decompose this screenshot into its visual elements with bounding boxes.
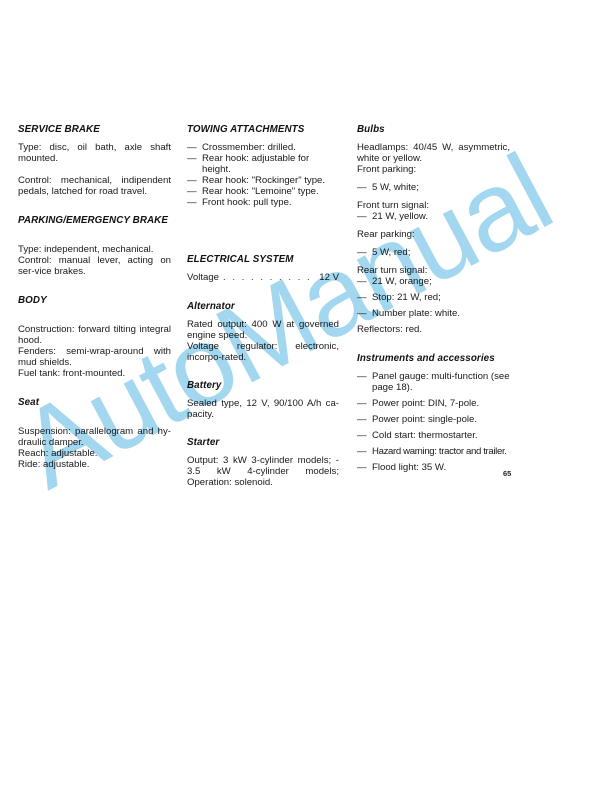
section-bulbs: Bulbs Headlamps: 40/45 W, asymmetric, wh… — [357, 124, 510, 335]
body-construction: Construction: forward tilting integral h… — [18, 324, 171, 346]
section-electrical: ELECTRICAL SYSTEM Voltage . . . . . . . … — [187, 254, 339, 283]
service-brake-type: Type: disc, oil bath, axle shaft mounted… — [18, 142, 171, 164]
voltage-value: 12 V — [319, 272, 339, 283]
column-left: SERVICE BRAKE Type: disc, oil bath, axle… — [18, 124, 171, 470]
rear-turn-label: Rear turn signal: — [357, 265, 510, 276]
section-title: Seat — [18, 397, 171, 408]
body-fenders: Fenders: semi-wrap-around with mud shiel… — [18, 346, 171, 368]
section-service-brake: SERVICE BRAKE Type: disc, oil bath, axle… — [18, 124, 171, 197]
section-title: Alternator — [187, 301, 339, 312]
towing-list: Crossmember: drilled. Rear hook: adjusta… — [187, 142, 339, 208]
alternator-regulator: Voltage regulator: electronic, incorpo-r… — [187, 341, 339, 363]
list-item: Panel gauge: multi-function (see page 18… — [357, 371, 510, 393]
front-turn-list: 21 W, yellow. — [357, 211, 510, 222]
front-turn-label: Front turn signal: — [357, 200, 510, 211]
rear-parking-list: 5 W, red; — [357, 247, 510, 258]
list-item: Power point: single-pole. — [357, 414, 510, 425]
page-number: 65 — [503, 469, 511, 478]
rear-turn-list: 21 W, orange; Stop: 21 W, red; Number pl… — [357, 276, 510, 319]
section-alternator: Alternator Rated output: 400 W at govern… — [187, 301, 339, 363]
section-title: Bulbs — [357, 124, 510, 135]
bulbs-headlamps: Headlamps: 40/45 W, asymmetric, white or… — [357, 142, 510, 164]
starter-text: Output: 3 kW 3-cylinder models; - 3.5 kW… — [187, 455, 339, 488]
list-item: 5 W, white; — [357, 182, 510, 193]
leader-dots: . . . . . . . . . . . . . . . . . . . . … — [223, 272, 315, 283]
list-item: Power point: DIN, 7-pole. — [357, 398, 510, 409]
list-item: Cold start: thermostarter. — [357, 430, 510, 441]
seat-suspension: Suspension: parallelogram and hy-draulic… — [18, 426, 171, 448]
section-title: ELECTRICAL SYSTEM — [187, 254, 339, 265]
list-item: 21 W, yellow. — [357, 211, 510, 222]
section-title: Battery — [187, 380, 339, 391]
list-item: Rear hook: "Rockinger" type. — [187, 175, 339, 186]
section-title: SERVICE BRAKE — [18, 124, 171, 135]
alternator-rated-output: Rated output: 400 W at governed engine s… — [187, 319, 339, 341]
front-parking-label: Front parking: — [357, 164, 510, 175]
section-title: Instruments and accessories — [357, 353, 510, 364]
reflectors: Reflectors: red. — [357, 324, 510, 335]
seat-reach: Reach: adjustable. — [18, 448, 171, 459]
section-instruments: Instruments and accessories Panel gauge:… — [357, 353, 510, 473]
section-seat: Seat Suspension: parallelogram and hy-dr… — [18, 397, 171, 470]
list-item: Rear hook: "Lemoine" type. — [187, 186, 339, 197]
list-item: Crossmember: drilled. — [187, 142, 339, 153]
section-towing: TOWING ATTACHMENTS Crossmember: drilled.… — [187, 124, 339, 208]
instruments-list: Panel gauge: multi-function (see page 18… — [357, 371, 510, 473]
list-item: Rear hook: adjustable for height. — [187, 153, 339, 175]
seat-ride: Ride: adjustable. — [18, 459, 171, 470]
section-battery: Battery Sealed type, 12 V, 90/100 A/h ca… — [187, 380, 339, 420]
rear-parking-label: Rear parking: — [357, 229, 510, 240]
battery-text: Sealed type, 12 V, 90/100 A/h ca-pacity. — [187, 398, 339, 420]
list-item: Front hook: pull type. — [187, 197, 339, 208]
section-starter: Starter Output: 3 kW 3-cylinder models; … — [187, 437, 339, 488]
section-parking-brake: PARKING/EMERGENCY BRAKE Type: independen… — [18, 215, 171, 277]
list-item: Number plate: white. — [357, 308, 510, 319]
list-item: Flood light: 35 W. — [357, 462, 510, 473]
list-item: 5 W, red; — [357, 247, 510, 258]
body-fuel-tank: Fuel tank: front-mounted. — [18, 368, 171, 379]
section-title: TOWING ATTACHMENTS — [187, 124, 339, 135]
service-brake-control: Control: mechanical, indipendent pedals,… — [18, 175, 171, 197]
front-parking-list: 5 W, white; — [357, 182, 510, 193]
column-middle: TOWING ATTACHMENTS Crossmember: drilled.… — [187, 124, 339, 488]
parking-brake-type: Type: independent, mechanical. — [18, 244, 171, 255]
section-title: BODY — [18, 295, 171, 306]
list-item: 21 W, orange; — [357, 276, 510, 287]
voltage-row: Voltage . . . . . . . . . . . . . . . . … — [187, 272, 339, 283]
voltage-label: Voltage — [187, 272, 219, 283]
column-right: Bulbs Headlamps: 40/45 W, asymmetric, wh… — [357, 124, 510, 473]
section-title: Starter — [187, 437, 339, 448]
parking-brake-control: Control: manual lever, acting on ser-vic… — [18, 255, 171, 277]
list-item: Hazard warning: tractor and trailer. — [357, 446, 510, 457]
section-body: BODY Construction: forward tilting integ… — [18, 295, 171, 379]
list-item: Stop: 21 W, red; — [357, 292, 510, 303]
manual-page: SERVICE BRAKE Type: disc, oil bath, axle… — [0, 0, 612, 792]
section-title: PARKING/EMERGENCY BRAKE — [18, 215, 171, 226]
